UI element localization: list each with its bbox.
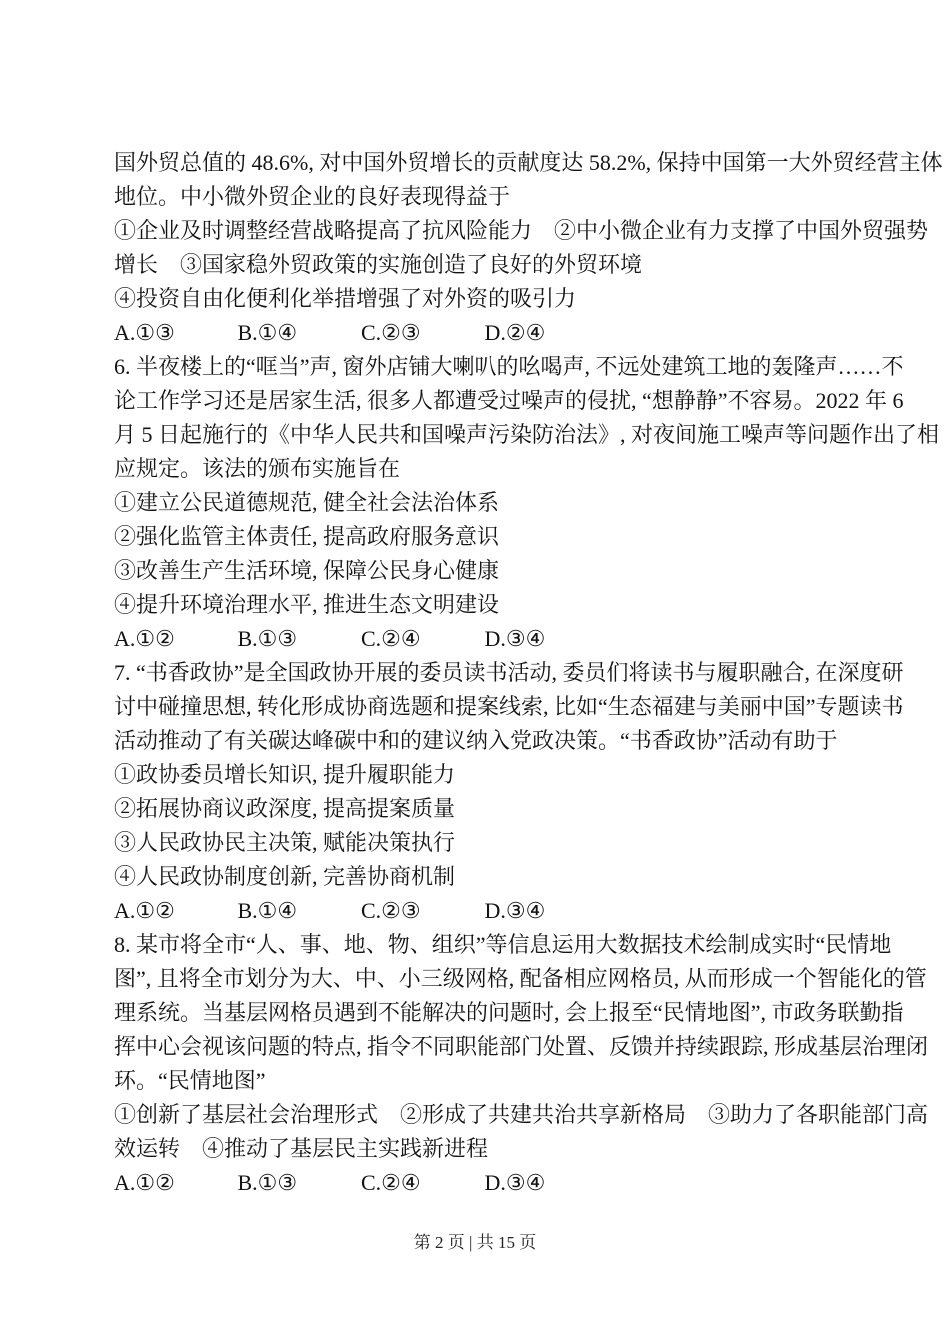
page-content: 国外贸总值的 48.6%, 对中国外贸增长的贡献度达 58.2%, 保持中国第一… bbox=[114, 146, 859, 1200]
answer-choices-row: A.①② B.①③ C.②④ D.③④ bbox=[114, 1166, 859, 1200]
question-text-line: 8. 某市将全市“人、事、地、物、组织”等信息运用大数据技术绘制成实时“民情地 bbox=[114, 928, 859, 962]
page-number-footer: 第 2 页 | 共 15 页 bbox=[0, 1231, 950, 1255]
option-text-line: ③改善生产生活环境, 保障公民身心健康 bbox=[114, 554, 859, 588]
choice-c: C.②④ bbox=[361, 622, 479, 656]
choice-c: C.②③ bbox=[361, 316, 479, 350]
choice-a: A.①② bbox=[114, 1166, 232, 1200]
choice-c: C.②④ bbox=[361, 1166, 479, 1200]
option-text-line: ④投资自由化便利化举措增强了对外资的吸引力 bbox=[114, 282, 859, 316]
question-text-line: 活动推动了有关碳达峰碳中和的建议纳入党政决策。“书香政协”活动有助于 bbox=[114, 724, 859, 758]
question-text-line: 国外贸总值的 48.6%, 对中国外贸增长的贡献度达 58.2%, 保持中国第一… bbox=[114, 146, 859, 180]
question-text-line: 论工作学习还是居家生活, 很多人都遭受过噪声的侵扰, “想静静”不容易。2022… bbox=[114, 384, 859, 418]
answer-choices-row: A.①② B.①③ C.②④ D.③④ bbox=[114, 622, 859, 656]
option-text-line: ①企业及时调整经营战略提高了抗风险能力 ②中小微企业有力支撑了中国外贸强势 bbox=[114, 214, 859, 248]
question-text-line: 挥中心会视该问题的特点, 指令不同职能部门处置、反馈并持续跟踪, 形成基层治理闭 bbox=[114, 1030, 859, 1064]
option-text-line: ④提升环境治理水平, 推进生态文明建设 bbox=[114, 588, 859, 622]
option-text-line: ④人民政协制度创新, 完善协商机制 bbox=[114, 860, 859, 894]
answer-choices-row: A.①③ B.①④ C.②③ D.②④ bbox=[114, 316, 859, 350]
choice-c: C.②③ bbox=[361, 894, 479, 928]
choice-b: B.①④ bbox=[238, 316, 356, 350]
question-text-line: 图”, 且将全市划分为大、中、小三级网格, 配备相应网格员, 从而形成一个智能化… bbox=[114, 962, 859, 996]
option-text-line: ③人民政协民主决策, 赋能决策执行 bbox=[114, 826, 859, 860]
question-text-line: 6. 半夜楼上的“哐当”声, 窗外店铺大喇叭的吆喝声, 不远处建筑工地的轰隆声…… bbox=[114, 350, 859, 384]
choice-d: D.③④ bbox=[485, 622, 546, 656]
option-text-line: 增长 ③国家稳外贸政策的实施创造了良好的外贸环境 bbox=[114, 248, 859, 282]
option-text-line: ①政协委员增长知识, 提升履职能力 bbox=[114, 758, 859, 792]
question-block-5-continuation: 国外贸总值的 48.6%, 对中国外贸增长的贡献度达 58.2%, 保持中国第一… bbox=[114, 146, 859, 350]
choice-a: A.①③ bbox=[114, 316, 232, 350]
option-text-line: ②强化监管主体责任, 提高政府服务意识 bbox=[114, 520, 859, 554]
choice-b: B.①③ bbox=[238, 1166, 356, 1200]
question-text-line: 环。“民情地图” bbox=[114, 1064, 859, 1098]
option-text-line: ①创新了基层社会治理形式 ②形成了共建共治共享新格局 ③助力了各职能部门高 bbox=[114, 1098, 859, 1132]
option-text-line: ①建立公民道德规范, 健全社会法治体系 bbox=[114, 486, 859, 520]
question-text-line: 7. “书香政协”是全国政协开展的委员读书活动, 委员们将读书与履职融合, 在深… bbox=[114, 656, 859, 690]
question-text-line: 讨中碰撞思想, 转化形成协商选题和提案线索, 比如“生态福建与美丽中国”专题读书 bbox=[114, 690, 859, 724]
choice-a: A.①② bbox=[114, 622, 232, 656]
choice-d: D.③④ bbox=[485, 1166, 546, 1200]
question-text-line: 理系统。当基层网格员遇到不能解决的问题时, 会上报至“民情地图”, 市政务联勤指 bbox=[114, 996, 859, 1030]
option-text-line: ②拓展协商议政深度, 提高提案质量 bbox=[114, 792, 859, 826]
choice-d: D.②④ bbox=[485, 316, 546, 350]
question-block-8: 8. 某市将全市“人、事、地、物、组织”等信息运用大数据技术绘制成实时“民情地 … bbox=[114, 928, 859, 1200]
choice-b: B.①④ bbox=[238, 894, 356, 928]
exam-page: 国外贸总值的 48.6%, 对中国外贸增长的贡献度达 58.2%, 保持中国第一… bbox=[0, 0, 950, 1344]
question-text-line: 月 5 日起施行的《中华人民共和国噪声污染防治法》, 对夜间施工噪声等问题作出了… bbox=[114, 418, 859, 452]
choice-d: D.③④ bbox=[485, 894, 546, 928]
answer-choices-row: A.①② B.①④ C.②③ D.③④ bbox=[114, 894, 859, 928]
choice-a: A.①② bbox=[114, 894, 232, 928]
question-text-line: 地位。中小微外贸企业的良好表现得益于 bbox=[114, 180, 859, 214]
option-text-line: 效运转 ④推动了基层民主实践新进程 bbox=[114, 1132, 859, 1166]
question-block-6: 6. 半夜楼上的“哐当”声, 窗外店铺大喇叭的吆喝声, 不远处建筑工地的轰隆声…… bbox=[114, 350, 859, 656]
question-text-line: 应规定。该法的颁布实施旨在 bbox=[114, 452, 859, 486]
choice-b: B.①③ bbox=[238, 622, 356, 656]
question-block-7: 7. “书香政协”是全国政协开展的委员读书活动, 委员们将读书与履职融合, 在深… bbox=[114, 656, 859, 928]
